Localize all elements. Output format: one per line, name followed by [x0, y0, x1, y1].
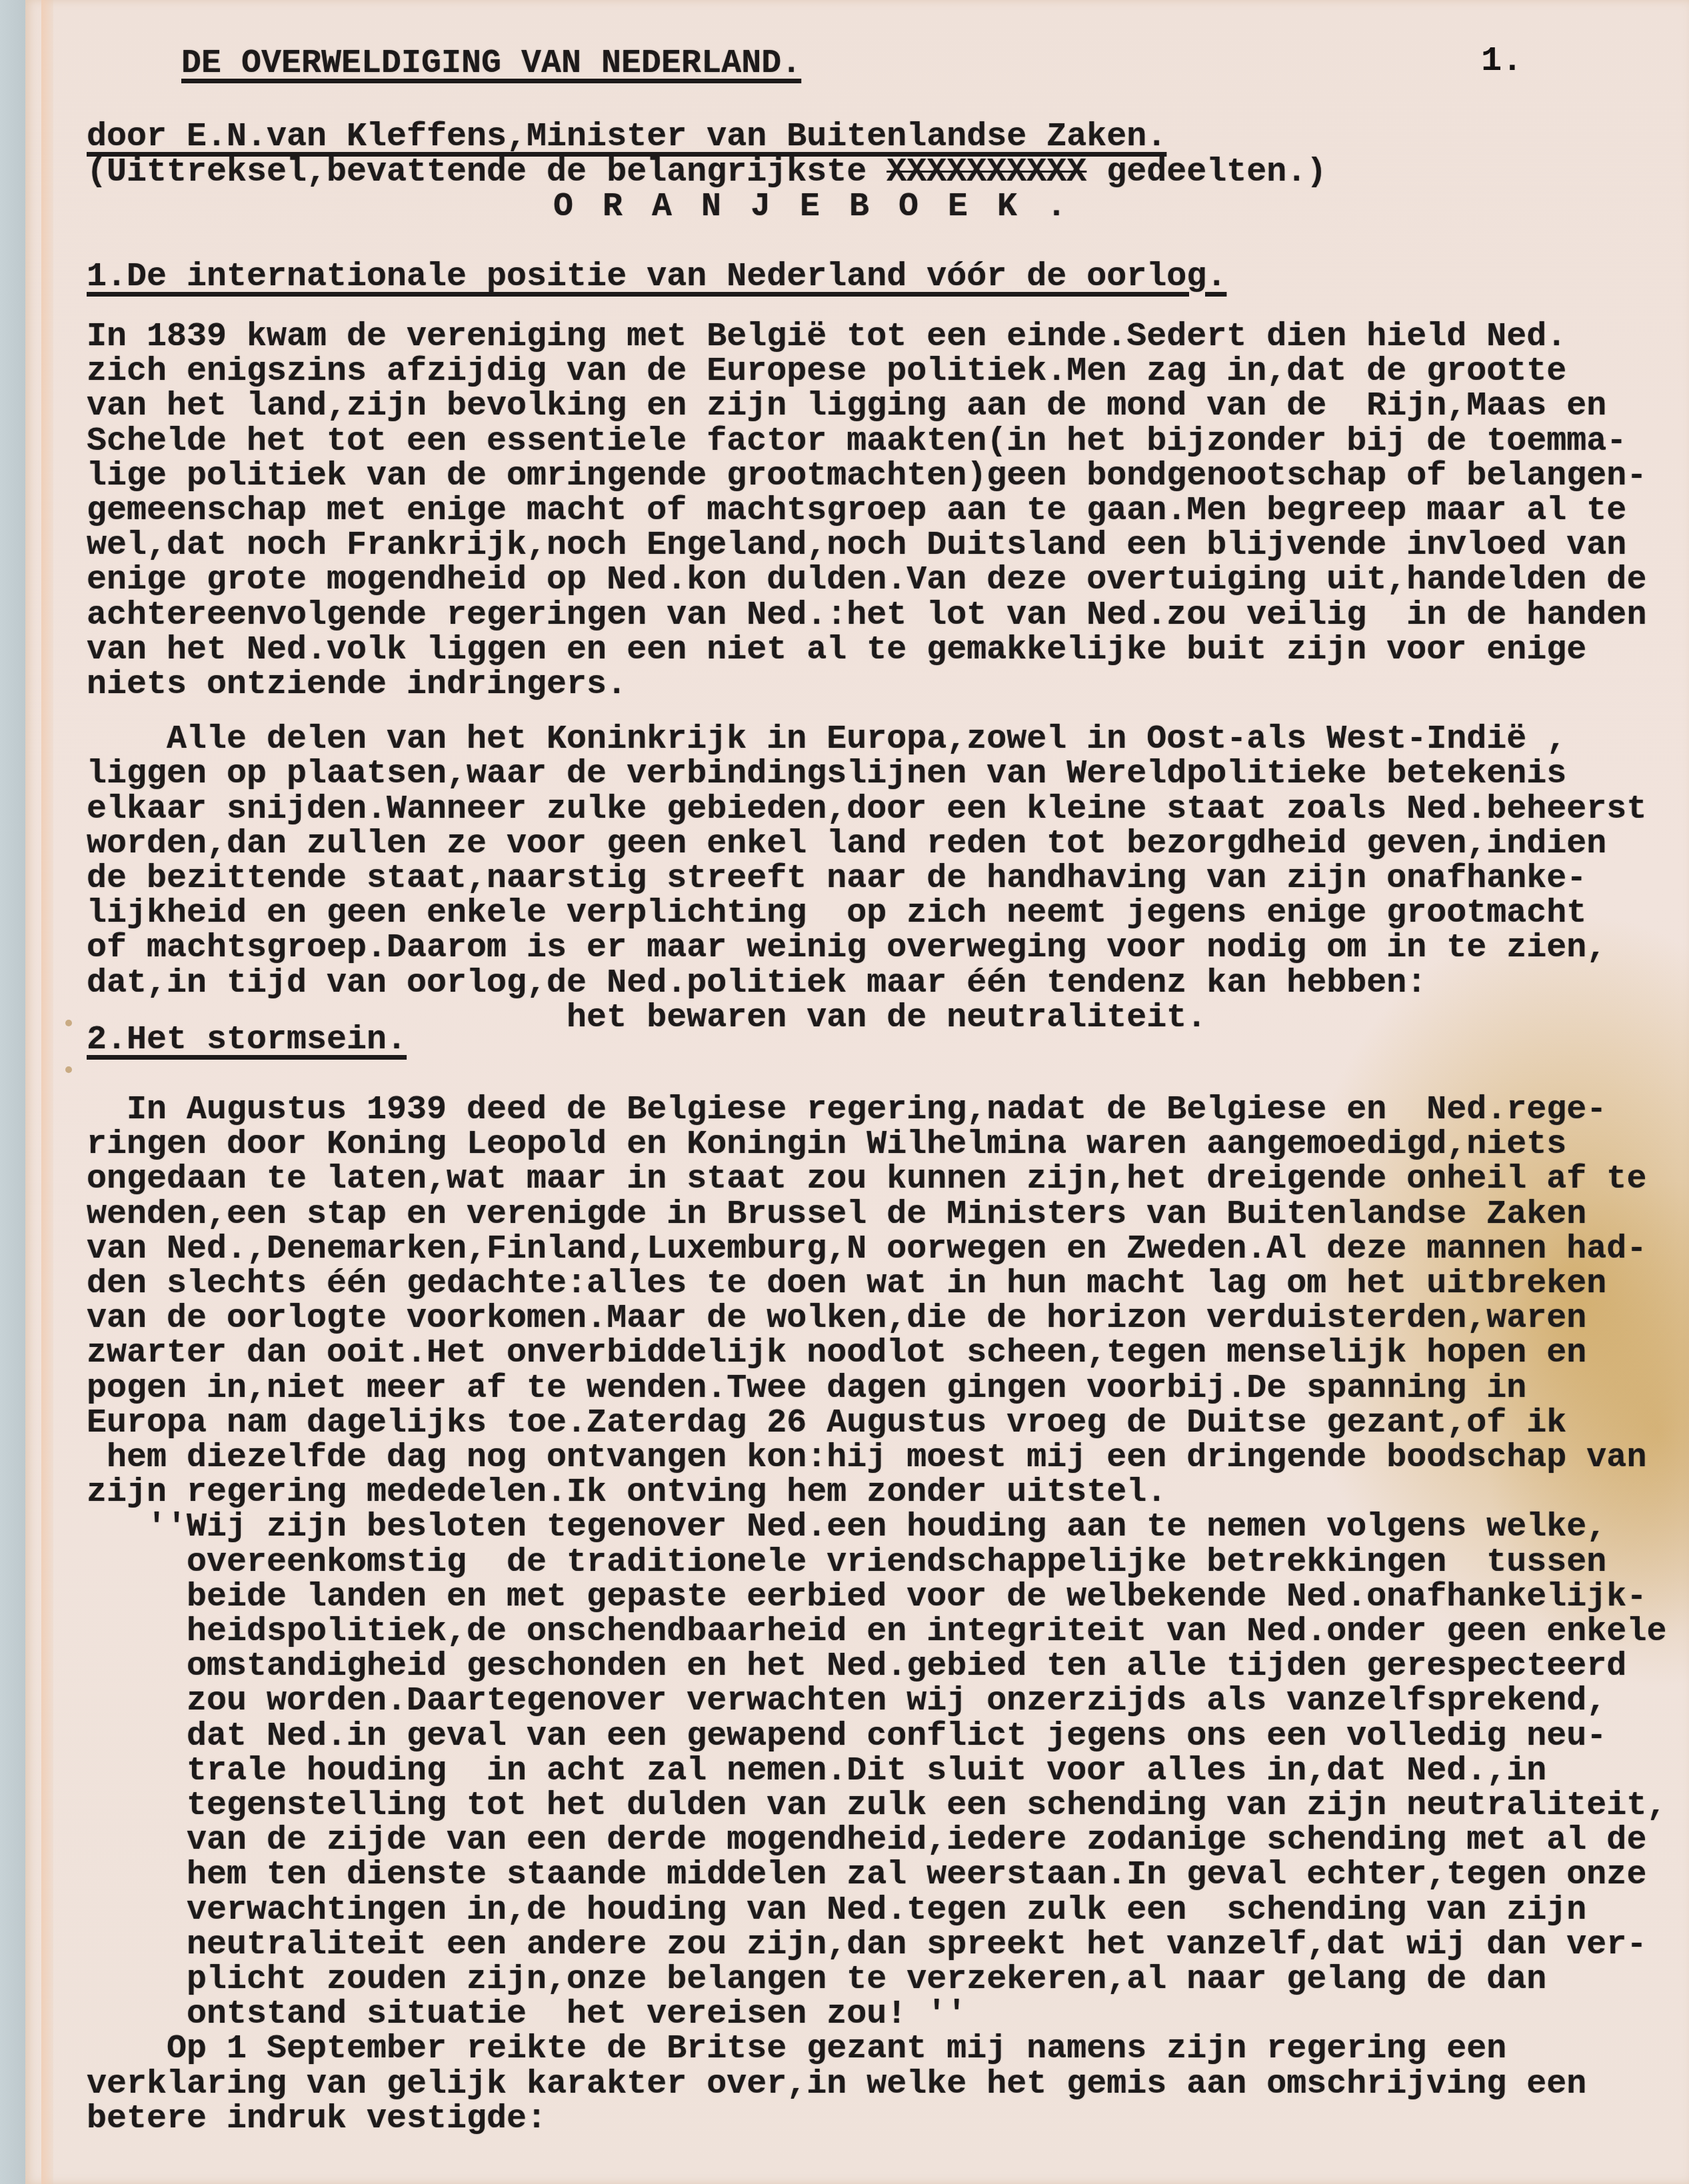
text-line: Europa nam dagelijks toe.Zaterdag 26 Aug… — [87, 1406, 1566, 1441]
text-line: zwarter dan ooit.Het onverbiddelijk nood… — [87, 1336, 1586, 1371]
text-line: ongedaan te laten,wat maar in staat zou … — [87, 1162, 1646, 1197]
text-line: plicht zouden zijn,onze belangen te verz… — [87, 1963, 1546, 1997]
text-line: ontstand situatie het vereisen zou! '' — [87, 1997, 966, 2032]
text-line: van de oorlogte voorkomen.Maar de wolken… — [87, 1302, 1586, 1336]
text-line: elkaar snijden.Wanneer zulke gebieden,do… — [87, 792, 1646, 827]
text-line: ringen door Koning Leopold en Koningin W… — [87, 1128, 1566, 1162]
text-line: trale houding in acht zal nemen.Dit slui… — [87, 1754, 1546, 1789]
text-line: lige politiek van de omringende grootmac… — [87, 459, 1646, 494]
book-title: ORANJEBOEK. — [553, 190, 1096, 225]
section-heading-1: 1.De internationale positie van Nederlan… — [87, 260, 1226, 295]
text-line: van de zijde van een derde mogendheid,ie… — [87, 1823, 1646, 1858]
text-line: worden,dan zullen ze voor geen enkel lan… — [87, 827, 1606, 862]
page-number: 1. — [1481, 41, 1522, 81]
text-line: beide landen en met gepaste eerbied voor… — [87, 1580, 1646, 1615]
text-line: wel,dat noch Frankrijk,noch Engeland,noc… — [87, 529, 1626, 563]
subtitle: (Uittreksel,bevattende de belangrijkste … — [87, 155, 1326, 190]
text-line: heidspolitiek,de onschendbaarheid en int… — [87, 1615, 1666, 1649]
staple-mark — [65, 1066, 72, 1073]
text-line: Op 1 September reikte de Britse gezant m… — [87, 2032, 1506, 2067]
text-line: omstandigheid geschonden en het Ned.gebi… — [87, 1649, 1626, 1684]
text-line: zich enigszins afzijdig van de Europese … — [87, 355, 1566, 389]
byline: door E.N.van Kleffens,Minister van Buite… — [87, 120, 1166, 155]
paper-fold-edge — [41, 0, 53, 2184]
text-line: niets ontziende indringers. — [87, 668, 627, 702]
text-line: dat,in tijd van oorlog,de Ned.politiek m… — [87, 966, 1426, 1001]
text-line: pogen in,niet meer af te wenden.Twee dag… — [87, 1372, 1526, 1406]
subtitle-prefix: (Uittreksel,bevattende de belangrijkste — [87, 153, 886, 191]
text-line: Schelde het tot een essentiele factor ma… — [87, 425, 1626, 459]
text-line: zou worden.Daartegenover verwachten wij … — [87, 1684, 1606, 1719]
text-line: betere indruk vestigde: — [87, 2102, 547, 2137]
text-line: dat Ned.in geval van een gewapend confli… — [87, 1719, 1606, 1754]
text-line: zijn regering mededelen.Ik ontving hem z… — [87, 1476, 1166, 1510]
subtitle-suffix: gedeelten.) — [1086, 153, 1326, 191]
section-heading-2: 2.Het stormsein. — [87, 1023, 407, 1058]
document-title: DE OVERWELDIGING VAN NEDERLAND. — [181, 47, 801, 81]
text-line: verwachtingen in,de houding van Ned.tege… — [87, 1893, 1586, 1928]
text-line: ''Wij zijn besloten tegenover Ned.een ho… — [87, 1510, 1606, 1545]
text-line: van het Ned.volk liggen en een niet al t… — [87, 633, 1586, 668]
text-line: In 1839 kwam de vereniging met België to… — [87, 320, 1566, 355]
text-line: de bezittende staat,naarstig streeft naa… — [87, 862, 1586, 896]
text-line: hem ten dienste staande middelen zal wee… — [87, 1858, 1646, 1893]
text-line: enige grote mogendheid op Ned.kon dulden… — [87, 563, 1646, 598]
text-line: hem diezelfde dag nog ontvangen kon:hij … — [87, 1441, 1646, 1476]
text-line: neutraliteit een andere zou zijn,dan spr… — [87, 1928, 1646, 1963]
text-line: gemeenschap met enige macht of machtsgro… — [87, 494, 1626, 529]
text-line: of machtsgroep.Daarom is er maar weinig … — [87, 931, 1606, 966]
text-line: liggen op plaatsen,waar de verbindingsli… — [87, 757, 1566, 792]
staple-mark — [65, 1020, 72, 1026]
text-line: In Augustus 1939 deed de Belgiese regeri… — [87, 1093, 1606, 1128]
text-line: verklaring van gelijk karakter over,in w… — [87, 2067, 1586, 2102]
text-line: achtereenvolgende regeringen van Ned.:he… — [87, 598, 1646, 633]
text-line: van Ned.,Denemarken,Finland,Luxemburg,N … — [87, 1232, 1646, 1267]
text-line: den slechts één gedachte:alles te doen w… — [87, 1267, 1606, 1302]
text-line: Alle delen van het Koninkrijk in Europa,… — [87, 722, 1566, 757]
subtitle-struck-text: XXXXXXXXXX — [886, 153, 1086, 191]
text-line: wenden,een stap en verenigde in Brussel … — [87, 1198, 1586, 1232]
text-line: overeenkomstig de traditionele vriendsch… — [87, 1546, 1606, 1580]
text-line: van het land,zijn bevolking en zijn ligg… — [87, 389, 1606, 424]
text-line: lijkheid en geen enkele verplichting op … — [87, 896, 1586, 931]
text-line: tegenstelling tot het dulden van zulk ee… — [87, 1789, 1666, 1823]
